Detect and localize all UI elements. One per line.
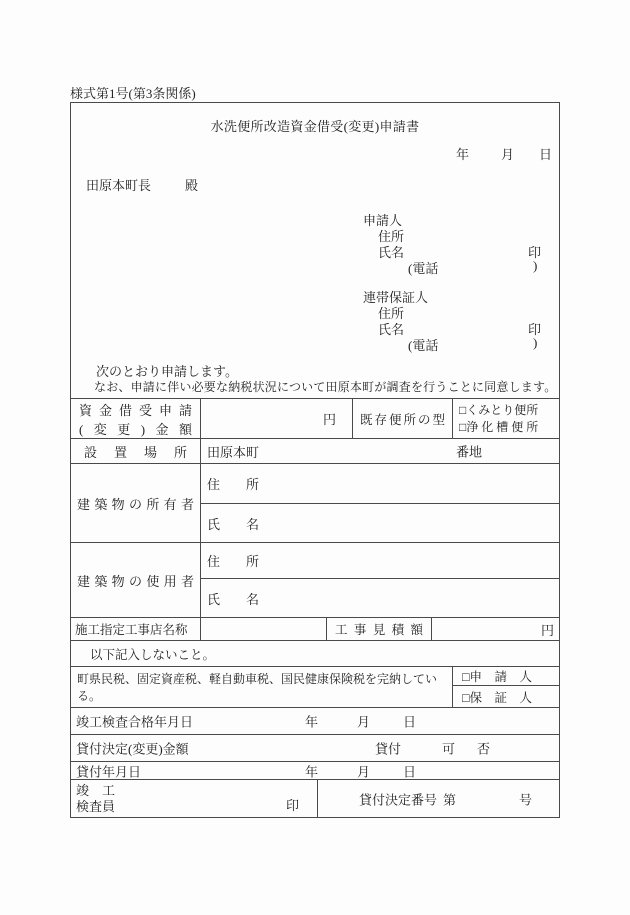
- completion-month-label: 月: [357, 712, 370, 731]
- location-banchi-label: 番地: [456, 442, 482, 461]
- loan-number-prefix: 第: [443, 789, 456, 808]
- user-name-label: 氏 名: [201, 589, 259, 608]
- guarantor-name-label: 氏名: [378, 319, 404, 338]
- owner-address-label: 住 所: [201, 474, 259, 493]
- location-label: 設置場所: [71, 442, 200, 461]
- contractor-row: 施工指定工事店名称 工事見積額 円: [71, 617, 559, 640]
- no-entry-note: 以下記入しないこと。: [71, 645, 215, 663]
- installation-location-row: 設置場所 田原本町 番地: [71, 438, 559, 463]
- location-town-value: 田原本町: [201, 442, 259, 461]
- contractor-value-blank: [200, 618, 326, 640]
- loan-number-suffix: 号: [519, 789, 532, 808]
- guarantor-phone-open: (電話: [408, 335, 438, 354]
- building-user-label: 建築物の使用者: [71, 571, 200, 590]
- loan-approve-label: 可: [442, 739, 455, 758]
- loan-amount-label-line1: 資金借受申請: [79, 400, 192, 419]
- form-table: 資金借受申請 (変更)金額 円 既存便所の型 □くみとり便所 □浄 化 槽 便 …: [71, 398, 559, 817]
- form-title: 水洗便所改造資金借受(変更)申請書: [71, 116, 559, 135]
- date-month-label: 月: [501, 144, 514, 163]
- form-box: 水洗便所改造資金借受(変更)申請書 年 月 日 田原本町長 殿 申請人 住所 氏…: [70, 102, 560, 818]
- form-number-label: 様式第1号(第3条関係): [70, 83, 196, 102]
- loan-day-label: 日: [403, 761, 416, 780]
- estimate-unit: 円: [541, 620, 554, 639]
- statement-line-2: なお、申請に伴い必要な納税状況について田原本町が調査を行うことに同意します。: [94, 378, 556, 395]
- loan-month-label: 月: [357, 761, 370, 780]
- completion-inspection-label: 竣工検査合格年月日: [76, 712, 193, 731]
- inspector-label-line1: 竣 工: [76, 783, 115, 799]
- loan-decision-label: 貸付決定(変更)金額: [76, 739, 189, 758]
- building-user-row: 建築物の使用者 住 所 氏 名: [71, 542, 559, 617]
- loan-number-label: 貸付決定番号: [359, 789, 437, 808]
- date-year-label: 年: [456, 144, 469, 163]
- tax-statement: 町県民税、固定資産税、軽自動車税、国民健康保険税を完納している。: [71, 670, 452, 704]
- applicant-phone-close: ): [533, 258, 537, 274]
- loan-date-label: 貸付年月日: [76, 761, 141, 780]
- loan-deny-label: 否: [477, 739, 490, 758]
- loan-decision-row: 貸付決定(変更)金額 貸付 可 否: [71, 734, 559, 761]
- existing-toilet-type-label: 既存便所の型: [353, 410, 452, 428]
- loan-date-row: 貸付年月日 年 月 日: [71, 761, 559, 779]
- loan-amount-row: 資金借受申請 (変更)金額 円 既存便所の型 □くみとり便所 □浄 化 槽 便 …: [71, 398, 559, 438]
- form-page: 様式第1号(第3条関係) 水洗便所改造資金借受(変更)申請書 年 月 日 田原本…: [0, 0, 630, 915]
- estimate-label: 工事見積額: [327, 620, 431, 638]
- applicant-phone-open: (電話: [408, 258, 438, 277]
- completion-inspection-row: 竣工検査合格年月日 年 月 日: [71, 707, 559, 734]
- date-day-label: 日: [539, 144, 552, 163]
- checkbox-tax-applicant: □申 請 人: [453, 667, 532, 685]
- inspector-loan-number-row: 竣 工 検査員 印 貸付決定番号 第 号: [71, 779, 559, 817]
- addressee-honorific: 殿: [185, 175, 198, 194]
- building-owner-label: 建築物の所有者: [71, 494, 200, 513]
- contractor-label: 施工指定工事店名称: [71, 620, 188, 638]
- inspector-seal-label: 印: [286, 795, 299, 814]
- owner-name-label: 氏 名: [201, 514, 259, 533]
- loan-amount-unit: 円: [323, 409, 336, 428]
- checkbox-septic-toilet: □浄 化 槽 便 所: [459, 419, 559, 436]
- completion-day-label: 日: [403, 712, 416, 731]
- addressee-name: 田原本町長: [86, 175, 151, 194]
- checkbox-kumitori-toilet: □くみとり便所: [459, 402, 559, 419]
- loan-year-label: 年: [305, 761, 318, 780]
- guarantor-phone-close: ): [533, 335, 537, 351]
- applicant-name-label: 氏名: [378, 242, 404, 261]
- inspector-label-line2: 検査員: [76, 799, 115, 815]
- loan-label: 貸付: [375, 739, 401, 758]
- checkbox-tax-guarantor: □保 証 人: [453, 688, 532, 706]
- tax-row: 町県民税、固定資産税、軽自動車税、国民健康保険税を完納している。 □申 請 人 …: [71, 666, 559, 707]
- loan-amount-label-line2: (変更)金額: [79, 419, 192, 438]
- user-address-label: 住 所: [201, 551, 259, 570]
- completion-year-label: 年: [305, 712, 318, 731]
- building-owner-row: 建築物の所有者 住 所 氏 名: [71, 463, 559, 542]
- no-entry-row: 以下記入しないこと。: [71, 640, 559, 666]
